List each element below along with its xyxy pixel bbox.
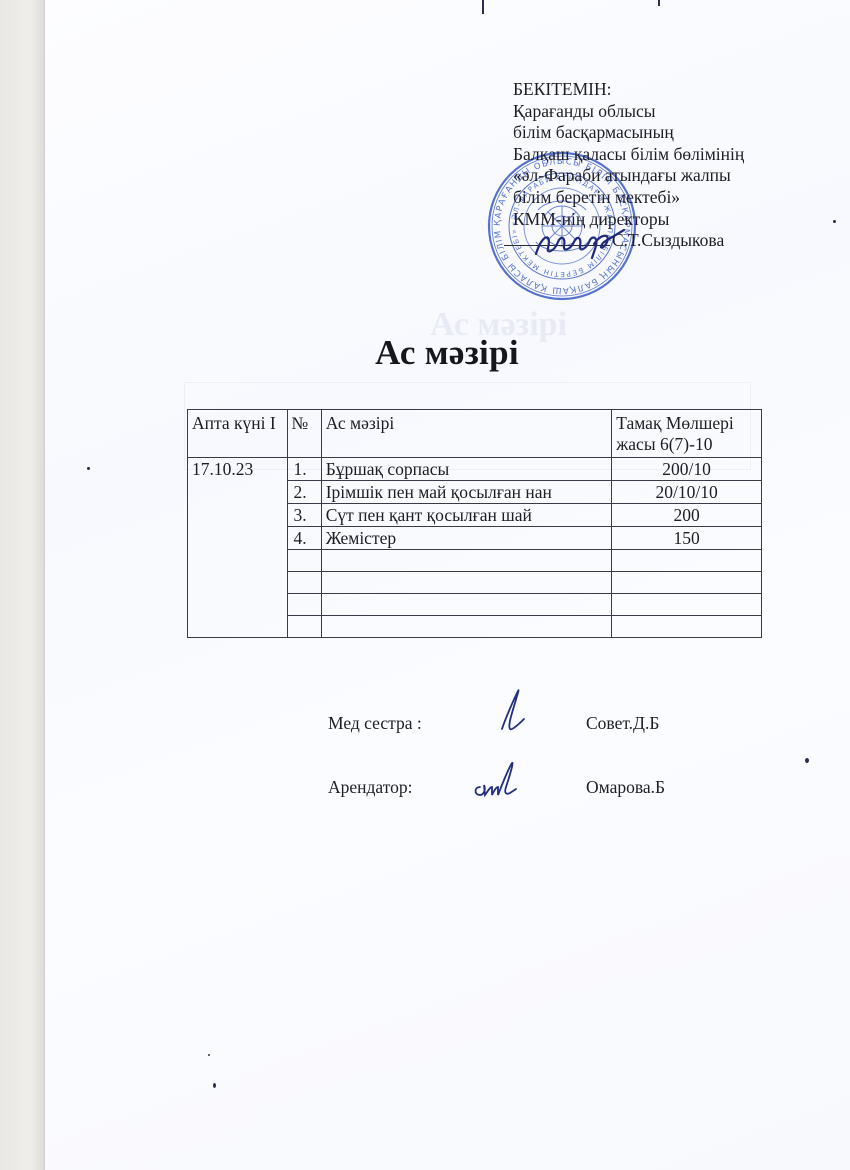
director-signature-icon — [532, 224, 628, 260]
dish-name — [321, 572, 612, 594]
director-name: С.Т.Сыздыкова — [612, 230, 724, 250]
scan-speck — [805, 758, 809, 763]
row-number: 1. — [287, 458, 321, 481]
scan-speck — [833, 220, 836, 223]
scan-speck — [482, 0, 484, 14]
dish-name — [321, 594, 612, 616]
table-header-row: Апта күні І № Ас мәзірі Тамақ Мөлшері жа… — [188, 410, 762, 458]
dish-name: Сүт пен қант қосылған шай — [321, 504, 612, 527]
header-portion: Тамақ Мөлшері жасы 6(7)-10 — [612, 410, 762, 458]
tenant-signature-icon — [470, 761, 520, 799]
scan-edge — [0, 0, 44, 1170]
scan-speck — [213, 1083, 216, 1088]
portion-value — [612, 616, 762, 638]
scan-speck — [208, 1054, 210, 1056]
nurse-signature-icon — [496, 689, 526, 733]
portion-value — [612, 550, 762, 572]
portion-value: 200/10 — [612, 458, 762, 481]
nurse-role-label: Мед сестра : — [328, 713, 422, 734]
tenant-role-label: Арендатор: — [328, 777, 413, 798]
page-title: Ас мәзірі — [0, 333, 850, 373]
header-dish: Ас мәзірі — [321, 410, 612, 458]
row-number — [287, 594, 321, 616]
header-number: № — [287, 410, 321, 458]
nurse-name: Совет.Д.Б — [586, 713, 659, 734]
approval-line: білім басқармасының — [513, 122, 744, 144]
approval-line: «әл-Фараби атындағы жалпы — [513, 165, 744, 187]
scan-speck — [658, 0, 660, 6]
bleed-through-title: Ас мәзірі — [430, 306, 567, 344]
approval-line: Балқаш қаласы білім бөлімінің — [513, 144, 744, 166]
row-number: 4. — [287, 527, 321, 550]
dish-name — [321, 616, 612, 638]
portion-value: 200 — [612, 504, 762, 527]
dish-name — [321, 550, 612, 572]
portion-value: 20/10/10 — [612, 481, 762, 504]
portion-value — [612, 572, 762, 594]
dish-name: Бұршақ сорпасы — [321, 458, 612, 481]
portion-value: 150 — [612, 527, 762, 550]
tenant-name: Омарова.Б — [586, 777, 665, 798]
row-number — [287, 572, 321, 594]
approval-line: Қарағанды облысы — [513, 101, 744, 123]
approval-heading: БЕКІТЕМІН: — [513, 79, 744, 101]
row-number — [287, 616, 321, 638]
table-row: 17.10.23 1. Бұршақ сорпасы 200/10 — [188, 458, 762, 481]
row-number: 3. — [287, 504, 321, 527]
menu-table: Апта күні І № Ас мәзірі Тамақ Мөлшері жа… — [187, 409, 762, 638]
approval-line: білім беретін мектебі» — [513, 187, 744, 209]
dish-name: Ірімшік пен май қосылған нан — [321, 481, 612, 504]
date-cell: 17.10.23 — [188, 458, 288, 638]
dish-name: Жемістер — [321, 527, 612, 550]
portion-value — [612, 594, 762, 616]
header-day: Апта күні І — [188, 410, 288, 458]
scan-speck — [87, 467, 90, 470]
row-number: 2. — [287, 481, 321, 504]
row-number — [287, 550, 321, 572]
